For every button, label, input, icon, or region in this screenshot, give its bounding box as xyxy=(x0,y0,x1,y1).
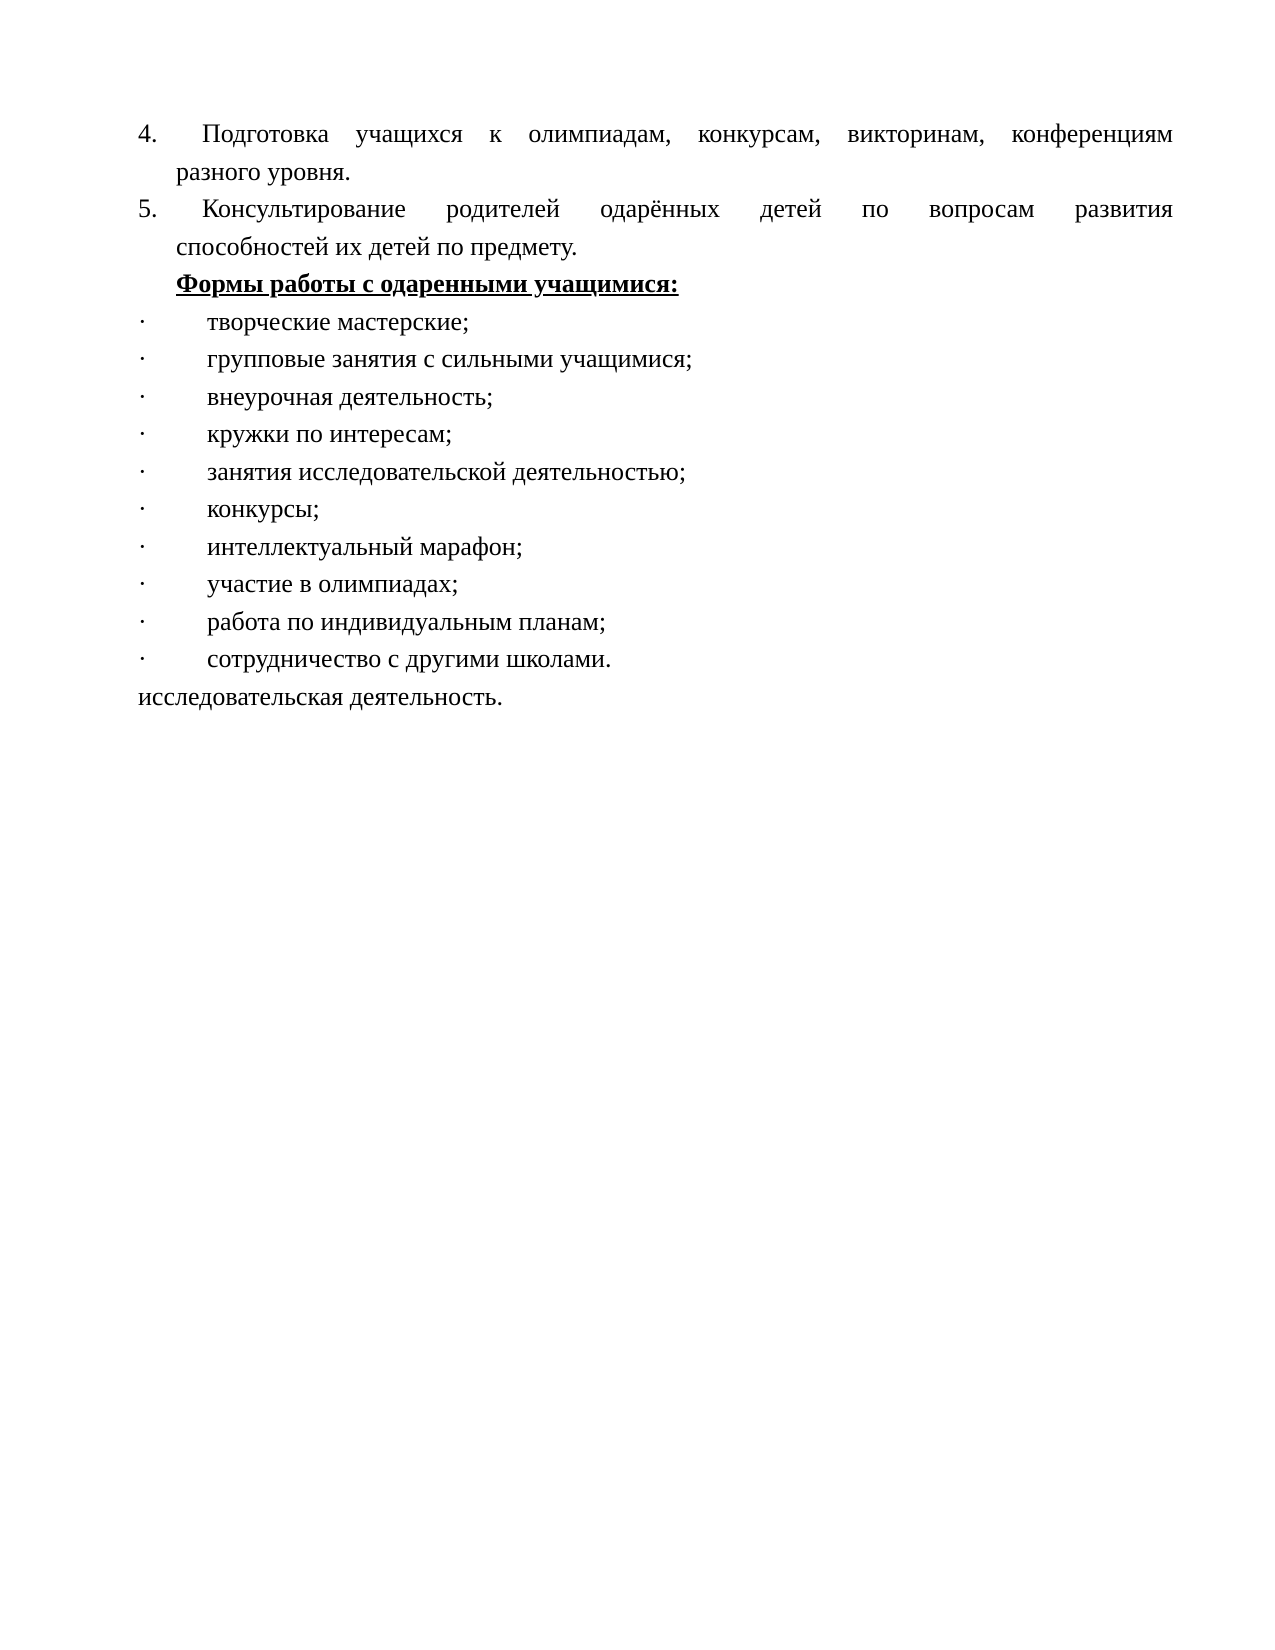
document-page: 4. Подготовка учащихся к олимпиадам, кон… xyxy=(0,0,1275,1650)
list-item: ·участие в олимпиадах; xyxy=(138,565,1173,603)
numbered-item-4: 4. Подготовка учащихся к олимпиадам, кон… xyxy=(138,115,1173,190)
list-item: ·интеллектуальный марафон; xyxy=(138,528,1173,566)
list-item: ·внеурочная деятельность; xyxy=(138,378,1173,416)
page-content: 4. Подготовка учащихся к олимпиадам, кон… xyxy=(138,115,1173,715)
item-text-line1: Подготовка учащихся к олимпиадам, конкур… xyxy=(176,115,1173,153)
item-number: 4. xyxy=(138,115,158,153)
list-item-text: занятия исследовательской деятельностью; xyxy=(207,457,686,486)
forms-list: ·творческие мастерские; ·групповые занят… xyxy=(138,303,1173,678)
list-item-text: участие в олимпиадах; xyxy=(207,569,459,598)
list-item: ·занятия исследовательской деятельностью… xyxy=(138,453,1173,491)
list-item-text: интеллектуальный марафон; xyxy=(207,532,523,561)
list-item: ·кружки по интересам; xyxy=(138,415,1173,453)
list-item-text: творческие мастерские; xyxy=(207,307,469,336)
bullet-icon: · xyxy=(138,378,147,416)
bullet-icon: · xyxy=(138,453,147,491)
item-text-line2: способностей их детей по предмету. xyxy=(176,228,1173,266)
bullet-icon: · xyxy=(138,640,147,678)
list-item-text: сотрудничество с другими школами. xyxy=(207,644,611,673)
bullet-icon: · xyxy=(138,303,147,341)
list-item: ·конкурсы; xyxy=(138,490,1173,528)
numbered-item-5: 5. Консультирование родителей одарённых … xyxy=(138,190,1173,265)
list-item: ·групповые занятия с сильными учащимися; xyxy=(138,340,1173,378)
item-text-line2: разного уровня. xyxy=(176,153,1173,191)
bullet-icon: · xyxy=(138,490,147,528)
bullet-icon: · xyxy=(138,603,147,641)
bullet-icon: · xyxy=(138,415,147,453)
bullet-icon: · xyxy=(138,565,147,603)
list-item-text: внеурочная деятельность; xyxy=(207,382,493,411)
list-item: ·творческие мастерские; xyxy=(138,303,1173,341)
list-item-text: кружки по интересам; xyxy=(207,419,452,448)
list-item-text: групповые занятия с сильными учащимися; xyxy=(207,344,693,373)
list-item: ·сотрудничество с другими школами. xyxy=(138,640,1173,678)
bullet-icon: · xyxy=(138,528,147,566)
list-item-text: конкурсы; xyxy=(207,494,320,523)
item-number: 5. xyxy=(138,190,158,228)
forms-heading: Формы работы с одаренными учащимися: xyxy=(138,265,1173,303)
bullet-icon: · xyxy=(138,340,147,378)
list-item-text: работа по индивидуальным планам; xyxy=(207,607,606,636)
trailing-text: исследовательская деятельность. xyxy=(138,678,1173,716)
item-text-line1: Консультирование родителей одарённых дет… xyxy=(176,190,1173,228)
list-item: ·работа по индивидуальным планам; xyxy=(138,603,1173,641)
